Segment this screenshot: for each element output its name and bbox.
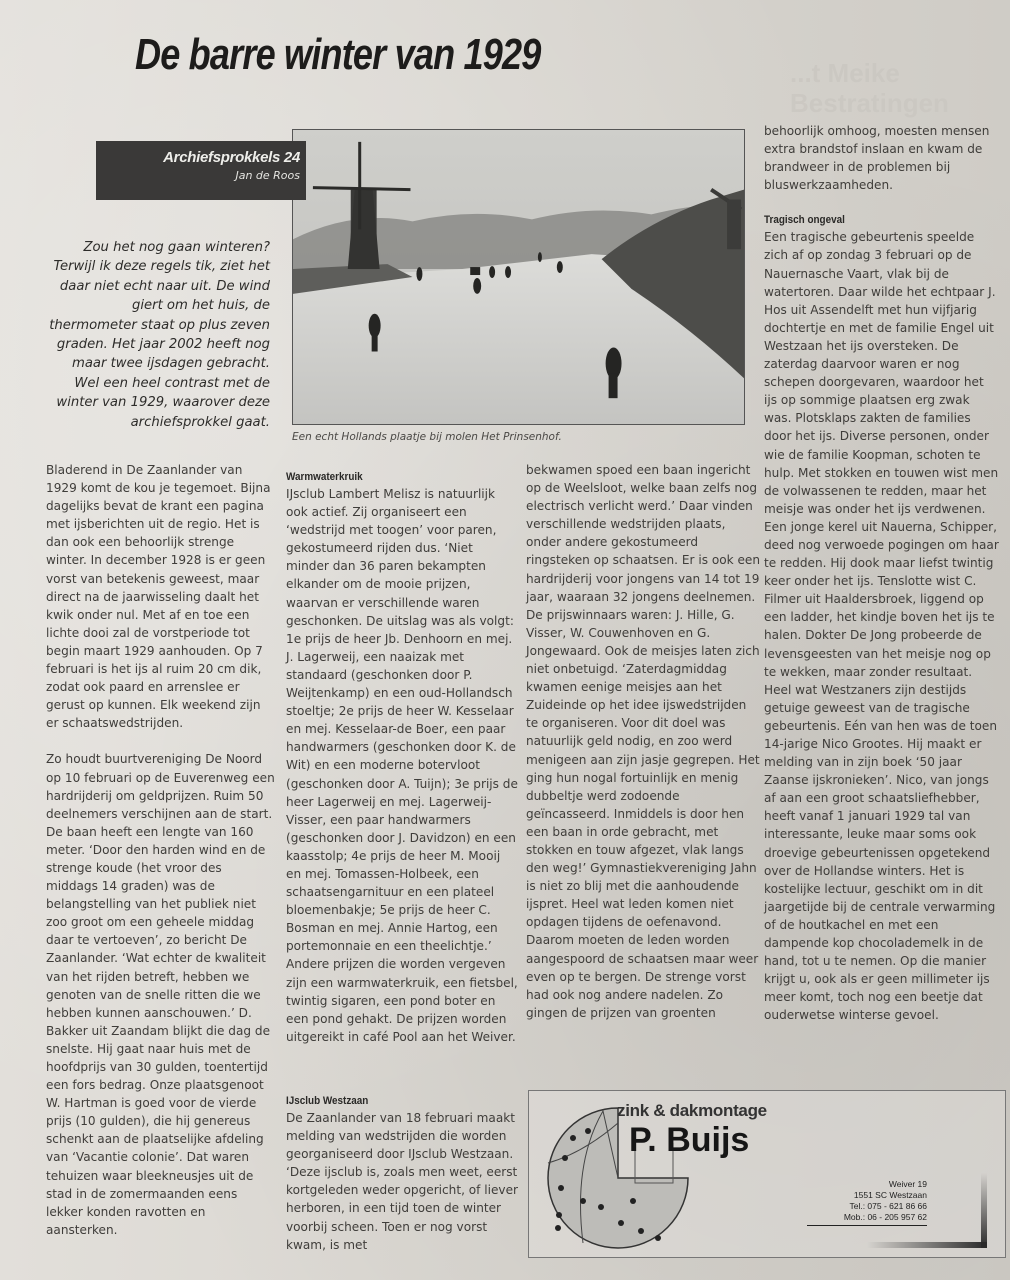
advert-tagline: zink & dakmontage	[617, 1101, 767, 1121]
article-photo	[292, 129, 745, 425]
intro-lead: Zou het nog gaan winteren? Terwijl ik de…	[44, 238, 270, 432]
section-heading-warmwaterkruik: Warmwaterkruik	[286, 469, 495, 485]
advert-brand: P. Buijs	[629, 1121, 749, 1160]
paragraph: De Zaanlander van 18 februari maakt meld…	[286, 1109, 518, 1254]
bleed-line: ...t Meike	[790, 58, 1010, 88]
photo-caption: Een echt Hollands plaatje bij molen Het …	[292, 431, 562, 443]
article-column-4: behoorlijk omhoog, moesten mensen extra …	[764, 122, 1000, 1043]
section-heading-tragisch-ongeval: Tragisch ongeval	[764, 212, 976, 228]
decorative-shadow	[867, 1242, 987, 1248]
section-heading-ijsclub-westzaan: IJsclub Westzaan	[286, 1093, 495, 1109]
paragraph: Bladerend in De Zaanlander van 1929 komt…	[46, 461, 276, 732]
paragraph: behoorlijk omhoog, moesten mensen extra …	[764, 122, 1000, 194]
column-rubric: Archiefsprokkels 24 Jan de Roos	[96, 141, 306, 200]
article-column-1: Bladerend in De Zaanlander van 1929 komt…	[46, 461, 276, 1257]
address-phone: Tel.: 075 - 621 86 66	[807, 1201, 927, 1212]
article-title: De barre winter van 1929	[135, 30, 540, 80]
advertisement-p-buijs: zink & dakmontage P. Buijs Weiver 19 155…	[528, 1090, 1006, 1258]
article-column-2: Warmwaterkruik IJsclub Lambert Melisz is…	[286, 469, 518, 1064]
address-mobile: Mob.: 06 - 205 957 62	[807, 1212, 927, 1223]
rubric-series: Archiefsprokkels 24	[96, 149, 300, 166]
paragraph: Een tragische gebeurtenis speelde zich a…	[764, 228, 1000, 1024]
address-city: 1551 SC Westzaan	[807, 1190, 927, 1201]
paragraph: IJsclub Lambert Melisz is natuurlijk ook…	[286, 485, 518, 1046]
article-column-3: bekwamen spoed een baan ingericht op de …	[526, 461, 762, 1040]
decorative-shadow	[981, 1173, 987, 1248]
advert-address: Weiver 19 1551 SC Westzaan Tel.: 075 - 6…	[807, 1179, 927, 1226]
windmill-skaters-photo-icon	[293, 130, 744, 424]
article-column-2-bottom: IJsclub Westzaan De Zaanlander van 18 fe…	[286, 1093, 518, 1272]
bleed-line: Bestratingen	[790, 88, 1010, 118]
address-street: Weiver 19	[807, 1179, 927, 1190]
paragraph: bekwamen spoed een baan ingericht op de …	[526, 461, 762, 1022]
bleed-through-text: ...t Meike Bestratingen	[790, 58, 1010, 118]
paragraph: Zo houdt buurtvereniging De Noord op 10 …	[46, 750, 276, 1239]
rubric-author: Jan de Roos	[96, 169, 300, 182]
